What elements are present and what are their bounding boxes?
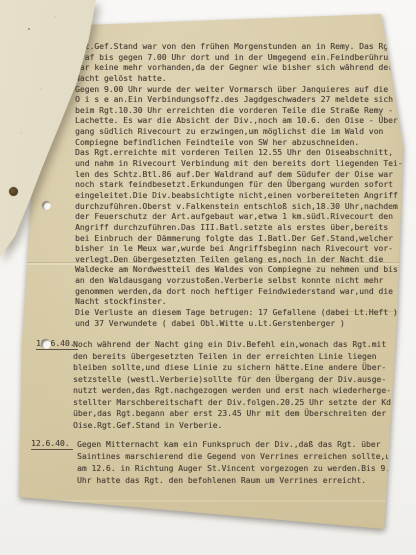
punch-hole-curled-page	[9, 187, 18, 196]
photo-background: . Rgt.Gef.Stand war von den frühen Morge…	[0, 0, 416, 555]
curled-page-shadow-wrapper	[0, 0, 416, 555]
curled-page-corner	[0, 0, 416, 555]
paper-specks	[28, 28, 30, 30]
